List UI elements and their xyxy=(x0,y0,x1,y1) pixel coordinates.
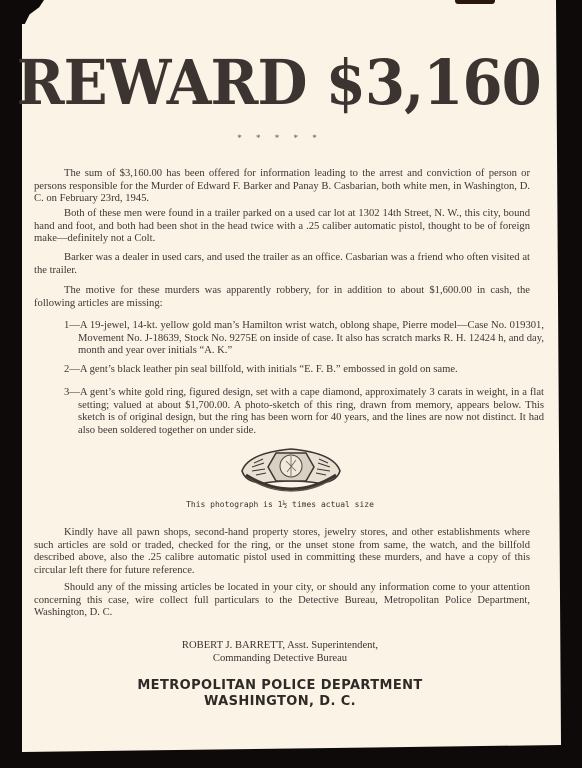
paragraph-intro: The sum of $3,160.00 has been offered fo… xyxy=(34,168,530,206)
department-name: METROPOLITAN POLICE DEPARTMENT xyxy=(0,678,582,694)
paragraph-dealer: Barker was a dealer in used cars, and us… xyxy=(34,252,530,277)
signer-title: Commanding Detective Bureau xyxy=(0,653,582,666)
department-block: METROPOLITAN POLICE DEPARTMENT WASHINGTO… xyxy=(0,678,582,710)
missing-item-watch: 1—A 19-jewel, 14-kt. yellow gold man’s H… xyxy=(64,320,544,358)
department-city: WASHINGTON, D. C. xyxy=(0,694,582,710)
reward-headline: REWARD $3,160 xyxy=(0,46,560,119)
signer-name: ROBERT J. BARRETT, Asst. Superintendent, xyxy=(0,640,582,653)
tape-remnant xyxy=(455,0,495,4)
paragraph-contact: Should any of the missing articles be lo… xyxy=(34,582,530,620)
paragraph-found: Both of these men were found in a traile… xyxy=(34,208,530,246)
ring-caption: This photograph is 1½ times actual size xyxy=(0,500,582,509)
paragraph-motive: The motive for these murders was apparen… xyxy=(34,285,530,310)
signature-block: ROBERT J. BARRETT, Asst. Superintendent,… xyxy=(0,640,582,665)
ornament-divider: * * * * * xyxy=(0,133,582,143)
ring-sketch-icon xyxy=(238,443,344,493)
missing-item-billfold: 2—A gent’s black leather pin seal billfo… xyxy=(64,364,544,377)
missing-item-ring: 3—A gent’s white gold ring, figured desi… xyxy=(64,387,544,437)
paragraph-pawn-shops: Kindly have all pawn shops, second-hand … xyxy=(34,527,530,577)
